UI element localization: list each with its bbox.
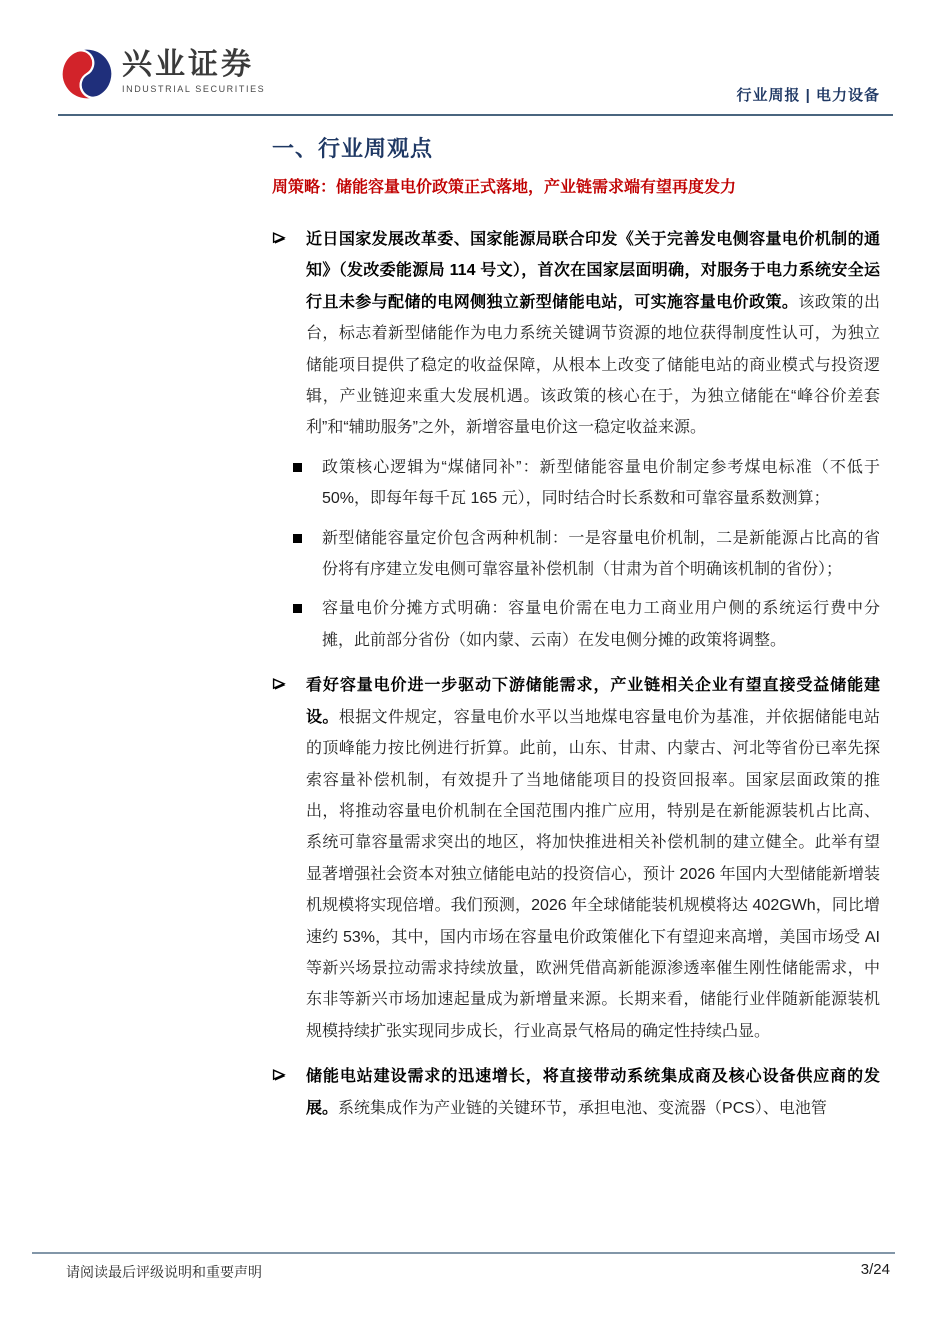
arrow-bullet-icon bbox=[272, 670, 306, 1047]
arrow-bullet-icon bbox=[272, 1061, 306, 1124]
square-bullet-icon bbox=[293, 523, 322, 586]
paragraph-list: 近日国家发展改革委、国家能源局联合印发《关于完善发电侧容量电价机制的通知》（发改… bbox=[272, 224, 880, 1124]
report-type-label: 行业周报 | 电力设备 bbox=[736, 84, 880, 105]
arrow-bullet-icon bbox=[272, 224, 306, 444]
report-body: 一、行业周观点 周策略：储能容量电价政策正式落地，产业链需求端有望再度发力 近日… bbox=[272, 134, 880, 1124]
bullet-paragraph: 近日国家发展改革委、国家能源局联合印发《关于完善发电侧容量电价机制的通知》（发改… bbox=[272, 224, 880, 444]
paragraph-rest: 系统集成作为产业链的关键环节，承担电池、变流器（PCS）、电池管 bbox=[338, 1100, 827, 1117]
paragraph-text: 容量电价分摊方式明确：容量电价需在电力工商业用户侧的系统运行费中分摊，此前部分省… bbox=[322, 593, 880, 656]
sub-bullet-paragraph: 政策核心逻辑为“煤储同补”：新型储能容量电价制定参考煤电标准（不低于 50%，即… bbox=[293, 452, 880, 515]
paragraph-bold-lead: 近日国家发展改革委、国家能源局联合印发《关于完善发电侧容量电价机制的通知》（发改… bbox=[306, 231, 880, 311]
paragraph-text: 新型储能容量定价包含两种机制：一是容量电价机制，二是新能源占比高的省份将有序建立… bbox=[322, 523, 880, 586]
paragraph-rest: 根据文件规定，容量电价水平以当地煤电容量电价为基准，并依据储能电站的顶峰能力按比… bbox=[306, 709, 880, 1040]
bullet-paragraph: 储能电站建设需求的迅速增长，将直接带动系统集成商及核心设备供应商的发展。系统集成… bbox=[272, 1061, 880, 1124]
section-title: 一、行业周观点 bbox=[272, 134, 880, 164]
logo-text: 兴业证券 INDUSTRIAL SECURITIES bbox=[122, 46, 265, 94]
logo-cn-name: 兴业证券 bbox=[122, 48, 265, 82]
sub-bullet-paragraph: 新型储能容量定价包含两种机制：一是容量电价机制，二是新能源占比高的省份将有序建立… bbox=[293, 523, 880, 586]
header-divider bbox=[58, 114, 893, 116]
logo-swirl-icon bbox=[60, 46, 114, 102]
sub-bullet-paragraph: 容量电价分摊方式明确：容量电价需在电力工商业用户侧的系统运行费中分摊，此前部分省… bbox=[293, 593, 880, 656]
paragraph-text: 看好容量电价进一步驱动下游储能需求，产业链相关企业有望直接受益储能建设。根据文件… bbox=[306, 670, 880, 1047]
logo-en-name: INDUSTRIAL SECURITIES bbox=[122, 84, 265, 94]
bullet-paragraph: 看好容量电价进一步驱动下游储能需求，产业链相关企业有望直接受益储能建设。根据文件… bbox=[272, 670, 880, 1047]
paragraph-text: 政策核心逻辑为“煤储同补”：新型储能容量电价制定参考煤电标准（不低于 50%，即… bbox=[322, 452, 880, 515]
section-subtitle: 周策略：储能容量电价政策正式落地，产业链需求端有望再度发力 bbox=[272, 177, 880, 199]
square-bullet-icon bbox=[293, 593, 322, 656]
paragraph-text: 近日国家发展改革委、国家能源局联合印发《关于完善发电侧容量电价机制的通知》（发改… bbox=[306, 224, 880, 444]
footer-disclaimer: 请阅读最后评级说明和重要声明 bbox=[66, 1262, 262, 1282]
company-logo: 兴业证券 INDUSTRIAL SECURITIES bbox=[60, 46, 265, 102]
paragraph-rest: 政策核心逻辑为“煤储同补”：新型储能容量电价制定参考煤电标准（不低于 50%，即… bbox=[322, 459, 880, 507]
paragraph-rest: 新型储能容量定价包含两种机制：一是容量电价机制，二是新能源占比高的省份将有序建立… bbox=[322, 530, 880, 578]
footer-divider bbox=[32, 1252, 895, 1254]
paragraph-text: 储能电站建设需求的迅速增长，将直接带动系统集成商及核心设备供应商的发展。系统集成… bbox=[306, 1061, 880, 1124]
paragraph-rest: 容量电价分摊方式明确：容量电价需在电力工商业用户侧的系统运行费中分摊，此前部分省… bbox=[322, 600, 880, 648]
square-bullet-icon bbox=[293, 452, 322, 515]
paragraph-rest: 该政策的出台，标志着新型储能作为电力系统关键调节资源的地位获得制度性认可，为独立… bbox=[306, 294, 880, 437]
page-number: 3/24 bbox=[861, 1261, 890, 1278]
